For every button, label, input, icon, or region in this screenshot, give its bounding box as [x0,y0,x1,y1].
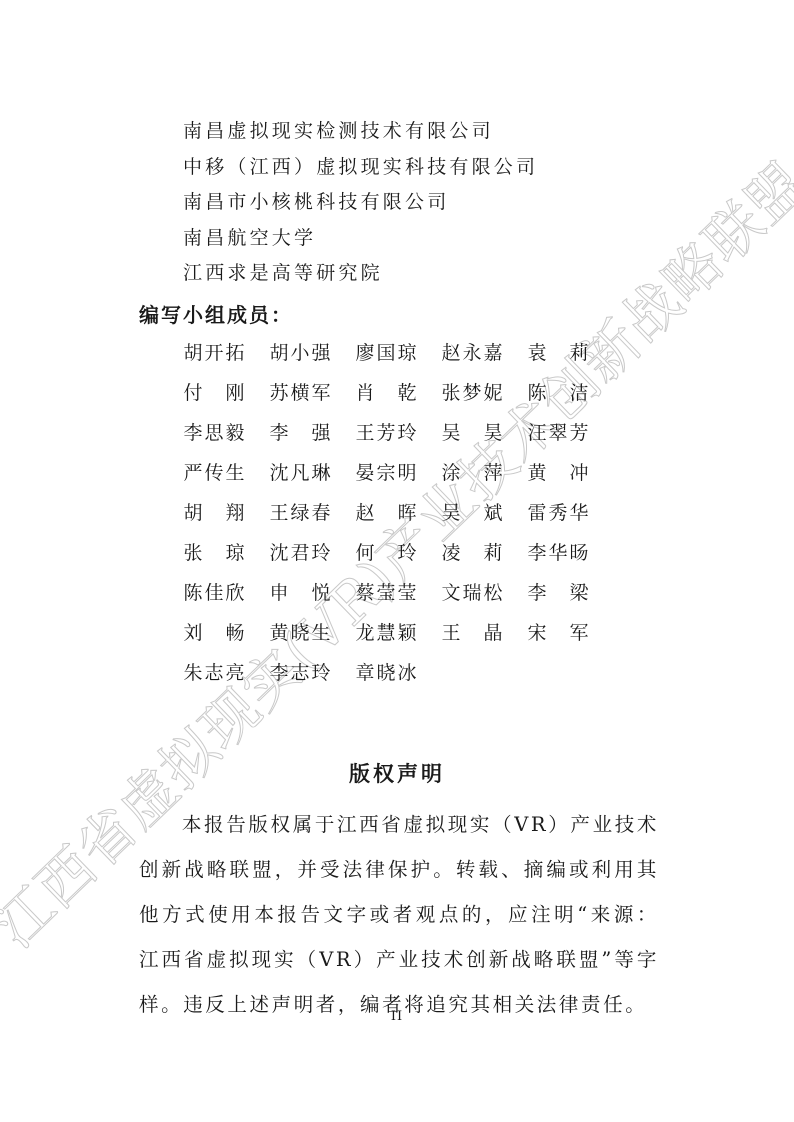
member-name: 严传生 [183,460,269,500]
member-row: 胡开拓胡小强廖国琼赵永嘉袁莉 [183,340,613,380]
member-name: 宋军 [527,620,613,660]
member-name: 陈佳欣 [183,580,269,620]
member-name: 沈凡琳 [269,460,355,500]
member-name: 刘畅 [183,620,269,660]
member-name: 李志玲 [269,660,355,700]
member-row: 付刚苏横军肖乾张梦妮陈洁 [183,380,613,420]
member-name: 赵晖 [355,500,441,540]
organization-item: 中移（江西）虚拟现实科技有限公司 [183,154,538,190]
member-name: 肖乾 [355,380,441,420]
member-name: 文瑞松 [441,580,527,620]
member-name: 蔡莹莹 [355,580,441,620]
member-row: 李思毅李强王芳玲吴昊汪翠芳 [183,420,613,460]
member-name: 涂萍 [441,460,527,500]
writing-group-member-grid: 胡开拓胡小强廖国琼赵永嘉袁莉付刚苏横军肖乾张梦妮陈洁李思毅李强王芳玲吴昊汪翠芳严… [183,340,613,700]
member-name: 赵永嘉 [441,340,527,380]
member-name: 黄晓生 [269,620,355,660]
member-name: 李强 [269,420,355,460]
member-row: 陈佳欣申悦蔡莹莹文瑞松李梁 [183,580,613,620]
member-name: 龙慧颖 [355,620,441,660]
member-name: 王晶 [441,620,527,660]
member-name: 晏宗明 [355,460,441,500]
organization-item: 南昌市小核桃科技有限公司 [183,189,538,225]
writing-group-heading: 编写小组成员： [139,299,293,328]
member-name: 申悦 [269,580,355,620]
member-name: 袁莉 [527,340,613,380]
member-row: 朱志亮李志玲章晓冰 [183,660,613,700]
copyright-statement: 本报告版权属于江西省虚拟现实（VR）产业技术创新战略联盟，并受法律保护。转载、摘… [139,802,659,1027]
organization-list: 南昌虚拟现实检测技术有限公司 中移（江西）虚拟现实科技有限公司 南昌市小核桃科技… [183,118,538,296]
member-row: 严传生沈凡琳晏宗明涂萍黄冲 [183,460,613,500]
member-name: 吴斌 [441,500,527,540]
page-number: II [0,1009,794,1024]
member-name: 章晓冰 [355,660,441,700]
member-name: 胡翔 [183,500,269,540]
member-name: 廖国琼 [355,340,441,380]
member-row: 张琼沈君玲何玲凌莉李华旸 [183,540,613,580]
member-name: 陈洁 [527,380,613,420]
organization-item: 南昌虚拟现实检测技术有限公司 [183,118,538,154]
member-name: 付刚 [183,380,269,420]
member-name: 李思毅 [183,420,269,460]
member-name: 张梦妮 [441,380,527,420]
member-name: 凌莉 [441,540,527,580]
copyright-heading: 版权声明 [0,758,794,788]
organization-item: 南昌航空大学 [183,225,538,261]
member-name: 胡小强 [269,340,355,380]
member-name: 朱志亮 [183,660,269,700]
member-name: 汪翠芳 [527,420,613,460]
member-row: 胡翔王绿春赵晖吴斌雷秀华 [183,500,613,540]
member-name: 王芳玲 [355,420,441,460]
member-name: 张琼 [183,540,269,580]
member-name: 何玲 [355,540,441,580]
member-name: 李华旸 [527,540,613,580]
member-name: 吴昊 [441,420,527,460]
member-name: 王绿春 [269,500,355,540]
member-name: 黄冲 [527,460,613,500]
organization-item: 江西求是高等研究院 [183,260,538,296]
member-name: 李梁 [527,580,613,620]
member-name: 雷秀华 [527,500,613,540]
member-name: 苏横军 [269,380,355,420]
document-page: 江西省虚拟现实(VR)产业技术创新战略联盟 南昌虚拟现实检测技术有限公司 中移（… [0,0,794,1122]
member-row: 刘畅黄晓生龙慧颖王晶宋军 [183,620,613,660]
member-name: 胡开拓 [183,340,269,380]
member-name: 沈君玲 [269,540,355,580]
